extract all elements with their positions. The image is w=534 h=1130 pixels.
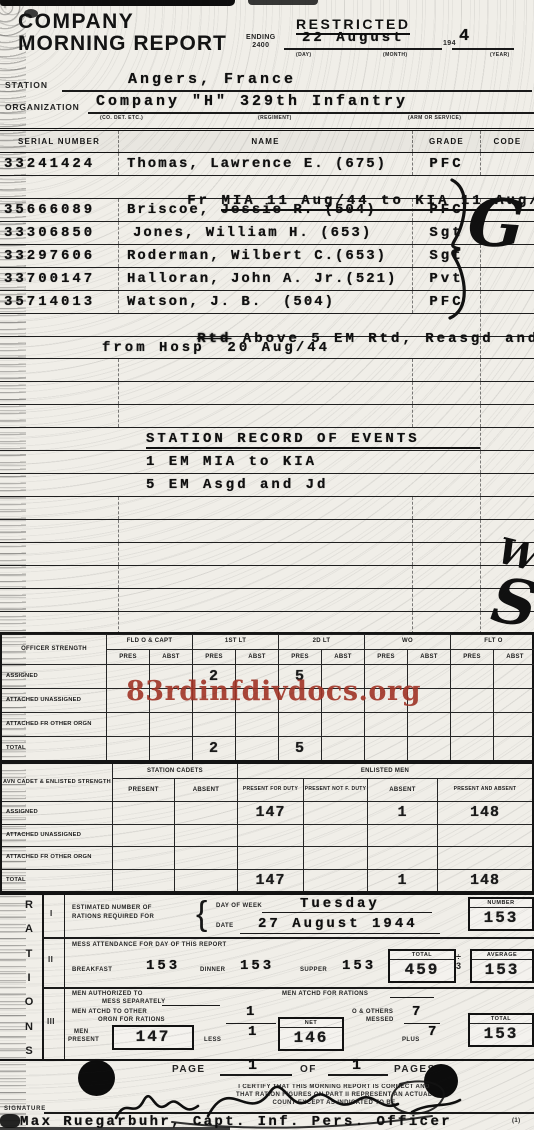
value-cell bbox=[407, 736, 450, 760]
value-cell bbox=[450, 688, 493, 712]
net-box-label: NET bbox=[280, 1019, 342, 1028]
rations-letter: T bbox=[26, 948, 33, 960]
mess-separately-label2: MESS SEPARATELY bbox=[102, 999, 166, 1005]
rations-grand-total-box: TOTAL 153 bbox=[468, 1013, 534, 1047]
year-underline bbox=[452, 48, 514, 50]
men-present-label2: PRESENT bbox=[68, 1037, 99, 1043]
grade-header: GRADE bbox=[412, 131, 480, 152]
value-cell bbox=[235, 712, 278, 736]
note-text: from Hosp 20 Aug/44 bbox=[96, 337, 480, 355]
value-cell bbox=[321, 712, 364, 736]
events-title: STATION RECORD OF EVENTS bbox=[146, 428, 480, 449]
value-cell: 1 bbox=[367, 801, 437, 824]
column-group-1st-lt: 1ST LT bbox=[192, 634, 278, 649]
serial-cell: 33297606 bbox=[0, 245, 118, 263]
less-value: 1 bbox=[248, 1025, 259, 1039]
rations-divider-v1 bbox=[42, 895, 44, 1060]
value-cell: 2 bbox=[192, 736, 235, 760]
of-label: OF bbox=[300, 1064, 317, 1075]
row-label-total: TOTAL bbox=[2, 736, 106, 760]
date-underline2 bbox=[240, 933, 440, 934]
atchd-for-rations-label: MEN ATCHD FOR RATIONS bbox=[282, 991, 368, 997]
rations-section: R A T I O N S I II III ESTIMATED NUMBER … bbox=[0, 893, 534, 1061]
value-cell bbox=[437, 824, 532, 847]
code-cell bbox=[480, 428, 534, 450]
column-group-station-cadets: STATION CADETS bbox=[112, 764, 237, 778]
value-cell bbox=[303, 801, 367, 824]
rations-letter: I bbox=[27, 972, 30, 984]
others-label2: MESSED bbox=[366, 1017, 394, 1023]
value-cell bbox=[367, 824, 437, 847]
subcol-abst: ABST bbox=[493, 649, 534, 664]
value-cell bbox=[174, 869, 237, 892]
value-cell bbox=[192, 712, 235, 736]
subcol-abst: ABST bbox=[235, 649, 278, 664]
row-label-attached-unassigned: ATTACHED UNASSIGNED bbox=[2, 688, 106, 712]
column-group-enlisted-men: ENLISTED MEN bbox=[237, 764, 532, 778]
subcol-pres: PRES bbox=[364, 649, 407, 664]
ending-label: ENDING 2400 bbox=[246, 34, 276, 51]
subcol-absent: ABSENT bbox=[174, 778, 237, 801]
rations-divider-v2 bbox=[64, 895, 65, 1060]
name-cell: Halloran, John A. Jr.(521) bbox=[119, 268, 412, 286]
handwritten-code-letter: G bbox=[465, 182, 527, 264]
name-cell: Watson, J. B. (504) bbox=[119, 291, 412, 309]
events-entry-row: 1 EM MIA to KIA bbox=[0, 451, 534, 474]
rations-brace: { bbox=[196, 895, 207, 934]
value-cell: 148 bbox=[437, 801, 532, 824]
less-label: LESS bbox=[204, 1037, 221, 1043]
number-box-label: NUMBER bbox=[470, 899, 532, 908]
average-box-label: AVERAGE bbox=[472, 951, 532, 960]
org-sublabel-3: (ARM OR SERVICE) bbox=[408, 115, 461, 121]
page-number: 1 bbox=[248, 1058, 260, 1073]
value-cell bbox=[112, 801, 174, 824]
serial-number-header: SERIAL NUMBER bbox=[0, 131, 118, 152]
value-cell bbox=[106, 736, 149, 760]
events-entry-row: 5 EM Asgd and Jd bbox=[0, 474, 534, 497]
value-cell bbox=[364, 712, 407, 736]
value-cell bbox=[174, 824, 237, 847]
serial-cell: 33241424 bbox=[0, 153, 118, 171]
rations-vertical-label: R A T I O N S bbox=[20, 899, 38, 1057]
roster-note-row: from Hosp 20 Aug/44 bbox=[0, 337, 534, 360]
rations-divider-h2 bbox=[42, 987, 534, 989]
value-cell bbox=[493, 664, 534, 688]
mess-average-box: AVERAGE 153 bbox=[470, 949, 534, 983]
value-cell bbox=[493, 736, 534, 760]
name-header: NAME bbox=[118, 131, 412, 152]
rations-number-box: NUMBER 153 bbox=[468, 897, 534, 931]
scan-blot-bottom-left bbox=[0, 1114, 20, 1128]
value-cell bbox=[364, 736, 407, 760]
column-group-fldo-capt: FLD O & CAPT bbox=[106, 634, 192, 649]
subcol-pres: PRES bbox=[278, 649, 321, 664]
day-underline bbox=[262, 912, 432, 913]
scan-edge-top bbox=[0, 0, 235, 6]
mess-separately-label1: MEN AUTHORIZED TO bbox=[72, 991, 143, 997]
ending-label-bottom: 2400 bbox=[252, 42, 269, 49]
subcol-present-not-duty: PRESENT NOT F. DUTY bbox=[303, 778, 367, 801]
name-cell: Briscoe, Jessie R. (504) bbox=[119, 199, 412, 217]
value-cell bbox=[278, 712, 321, 736]
year-sublabel: (YEAR) bbox=[490, 52, 510, 58]
form-title-line2: MORNING REPORT bbox=[18, 32, 227, 56]
others-value: 7 bbox=[412, 1005, 423, 1019]
value-cell bbox=[149, 736, 192, 760]
rations-divider-h1 bbox=[42, 937, 534, 939]
station-underline bbox=[62, 90, 532, 92]
enlisted-strength-table: AVN CADET & ENLISTED STRENGTH STATION CA… bbox=[0, 762, 534, 893]
value-cell bbox=[450, 736, 493, 760]
total-box-label: TOTAL bbox=[390, 951, 454, 960]
others-label1: O & OTHERS bbox=[352, 1009, 393, 1015]
org-sublabel-1: (CO. DET. ETC.) bbox=[100, 115, 143, 121]
row-numeral-1: I bbox=[50, 909, 53, 918]
handwritten-signature bbox=[112, 1078, 472, 1128]
report-date-value: 22 August bbox=[302, 31, 405, 45]
breakfast-label: BREAKFAST bbox=[72, 967, 112, 973]
men-present-box: 147 bbox=[112, 1025, 194, 1050]
men-present-value: 147 bbox=[114, 1027, 192, 1048]
total-box-value: 459 bbox=[390, 960, 454, 981]
date-label: DATE bbox=[216, 923, 234, 929]
value-cell bbox=[237, 824, 303, 847]
estimated-rations-label2: RATIONS REQUIRED FOR bbox=[72, 914, 154, 920]
serial-cell: 33306850 bbox=[0, 222, 118, 240]
blank-ruled-row bbox=[0, 520, 534, 543]
value-cell bbox=[235, 736, 278, 760]
ending-label-top: ENDING bbox=[246, 34, 276, 41]
name-cell: Jones, William H. (653) bbox=[119, 222, 412, 240]
row-numeral-2: II bbox=[48, 955, 53, 964]
value-cell bbox=[174, 801, 237, 824]
rations-letter: S bbox=[25, 1045, 32, 1057]
value-cell bbox=[303, 824, 367, 847]
pages-number: 1 bbox=[352, 1058, 364, 1073]
footnote-mark: (1) bbox=[512, 1118, 521, 1124]
pages-underline bbox=[328, 1074, 388, 1076]
mess-sep-underline bbox=[162, 1005, 220, 1006]
code-cell bbox=[480, 451, 534, 473]
signature-label: SIGNATURE bbox=[4, 1106, 46, 1112]
punch-hole-left bbox=[78, 1060, 115, 1096]
rations-letter: O bbox=[25, 996, 34, 1008]
blank-ruled-row bbox=[0, 543, 534, 566]
value-cell: 147 bbox=[237, 869, 303, 892]
mess-total-box: TOTAL 459 bbox=[388, 949, 456, 983]
value-cell bbox=[450, 664, 493, 688]
value-cell bbox=[303, 869, 367, 892]
year-digit: 4 bbox=[459, 28, 472, 45]
date-underline bbox=[284, 48, 442, 50]
rations-letter: R bbox=[25, 899, 33, 911]
day-of-week-value: Tuesday bbox=[300, 897, 380, 911]
atchd-other-label2: ORGN FOR RATIONS bbox=[98, 1017, 165, 1023]
value-cell bbox=[407, 712, 450, 736]
row-label-attached-fr-other: ATTACHED FR OTHER ORGN bbox=[2, 712, 106, 736]
value-cell: 1 bbox=[367, 869, 437, 892]
blank-ruled-row bbox=[0, 566, 534, 589]
row-label-attached-unassigned: ATTACHED UNASSIGNED bbox=[2, 824, 112, 847]
value-cell bbox=[106, 712, 149, 736]
supper-value: 153 bbox=[342, 959, 376, 973]
row-label-assigned: ASSIGNED bbox=[2, 664, 106, 688]
events-entry: 5 EM Asgd and Jd bbox=[146, 474, 480, 492]
divisor: 3 bbox=[456, 961, 461, 971]
value-cell bbox=[303, 846, 367, 869]
roster-header-row: SERIAL NUMBER NAME GRADE CODE bbox=[0, 131, 534, 153]
estimated-rations-label1: ESTIMATED NUMBER OF bbox=[72, 905, 152, 911]
name-cell: Roderman, Wilbert C.(653) bbox=[119, 245, 412, 263]
mess-attendance-label: MESS ATTENDANCE FOR DAY OF THIS REPORT bbox=[72, 942, 227, 948]
serial-cell: 33700147 bbox=[0, 268, 118, 286]
value-cell bbox=[112, 846, 174, 869]
row-label-assigned: ASSIGNED bbox=[2, 801, 112, 824]
subcol-present: PRESENT bbox=[112, 778, 174, 801]
name-cell: Thomas, Lawrence E. (675) bbox=[119, 153, 412, 171]
code-cell bbox=[480, 337, 534, 359]
value-cell bbox=[367, 846, 437, 869]
value-cell bbox=[149, 712, 192, 736]
subcol-abst: ABST bbox=[149, 649, 192, 664]
organization-underline bbox=[88, 112, 534, 114]
subcol-abst: ABST bbox=[321, 649, 364, 664]
value-cell bbox=[112, 869, 174, 892]
value-cell bbox=[493, 688, 534, 712]
day-sublabel: (DAY) bbox=[296, 52, 311, 58]
blank-ruled-row bbox=[0, 497, 534, 520]
page-underline bbox=[220, 1074, 292, 1076]
rations-letter: N bbox=[25, 1021, 33, 1033]
value-cell bbox=[174, 846, 237, 869]
supper-label: SUPPER bbox=[300, 967, 327, 973]
column-group-2d-lt: 2D LT bbox=[278, 634, 364, 649]
subcol-abst: ABST bbox=[407, 649, 450, 664]
value-cell: 147 bbox=[237, 801, 303, 824]
men-present-label1: MEN bbox=[74, 1029, 89, 1035]
code-header: CODE bbox=[480, 131, 534, 152]
grade-cell: PFC bbox=[413, 153, 480, 171]
grand-total-value: 153 bbox=[470, 1024, 532, 1045]
events-entry: 1 EM MIA to KIA bbox=[146, 451, 480, 469]
blank-ruled-row bbox=[0, 382, 534, 405]
average-box-value: 153 bbox=[472, 960, 532, 981]
dinner-label: DINNER bbox=[200, 967, 225, 973]
row-label-total: TOTAL bbox=[2, 869, 112, 892]
rations-letter: A bbox=[25, 923, 33, 935]
subcol-present-and-absent: PRESENT AND ABSENT bbox=[437, 778, 532, 801]
form-title-line1: COMPANY bbox=[18, 10, 134, 34]
net-box-value: 146 bbox=[280, 1028, 342, 1049]
officer-strength-corner-label: OFFICER STRENGTH bbox=[2, 634, 106, 664]
value-cell: 5 bbox=[278, 736, 321, 760]
page-label: PAGE bbox=[172, 1064, 206, 1075]
number-box-value: 153 bbox=[470, 908, 532, 929]
subcol-pres: PRES bbox=[106, 649, 149, 664]
blank-ruled-row bbox=[0, 589, 534, 612]
value-cell bbox=[493, 712, 534, 736]
dinner-value: 153 bbox=[240, 959, 274, 973]
year-prefix: 194 bbox=[443, 40, 456, 47]
watermark: 83rdinfdivdocs.org bbox=[126, 676, 421, 707]
month-sublabel: (MONTH) bbox=[383, 52, 407, 58]
organization-label: ORGANIZATION bbox=[5, 102, 80, 112]
grand-total-label: TOTAL bbox=[470, 1015, 532, 1024]
atchd-for-rations-underline bbox=[390, 997, 434, 998]
net-box: NET 146 bbox=[278, 1017, 344, 1051]
atchd-other-label1: MEN ATCHD TO OTHER bbox=[72, 1009, 147, 1015]
subcol-pres: PRES bbox=[192, 649, 235, 664]
blank-ruled-row bbox=[0, 405, 534, 428]
value-cell bbox=[237, 846, 303, 869]
atchd-other-value: 1 bbox=[246, 1005, 257, 1019]
date-value: 27 August 1944 bbox=[258, 917, 418, 931]
code-cell bbox=[480, 153, 534, 175]
value-cell bbox=[437, 846, 532, 869]
value-cell bbox=[112, 824, 174, 847]
value-cell: 148 bbox=[437, 869, 532, 892]
station-value: Angers, France bbox=[128, 72, 296, 87]
events-title-row: STATION RECORD OF EVENTS bbox=[0, 428, 534, 451]
roster-row: 33241424 Thomas, Lawrence E. (675) PFC bbox=[0, 153, 534, 176]
blank-ruled-row bbox=[0, 359, 534, 382]
station-label: STATION bbox=[5, 80, 48, 90]
plus-value: 7 bbox=[428, 1025, 439, 1039]
scan-edge-top2 bbox=[248, 0, 318, 5]
value-cell bbox=[321, 736, 364, 760]
enlisted-corner-label: AVN CADET & ENLISTED STRENGTH bbox=[2, 764, 112, 801]
serial-cell: 35714013 bbox=[0, 291, 118, 309]
organization-value: Company "H" 329th Infantry bbox=[96, 94, 408, 109]
org-sublabel-2: (REGIMENT) bbox=[258, 115, 292, 121]
value-cell bbox=[450, 712, 493, 736]
divide-sign: ÷ 3 bbox=[456, 953, 461, 971]
subcol-pres: PRES bbox=[450, 649, 493, 664]
serial-cell: 35666089 bbox=[0, 199, 118, 217]
row-label-attached-fr-other: ATTACHED FR OTHER ORGN bbox=[2, 846, 112, 869]
plus-label: PLUS bbox=[402, 1037, 420, 1043]
subcol-present-for-duty: PRESENT FOR DUTY bbox=[237, 778, 303, 801]
row-numeral-3: III bbox=[47, 1017, 55, 1026]
code-cell bbox=[480, 474, 534, 496]
morning-report-document: RESTRICTED COMPANY MORNING REPORT ENDING… bbox=[0, 0, 534, 1130]
breakfast-value: 153 bbox=[146, 959, 180, 973]
column-group-wo: WO bbox=[364, 634, 450, 649]
day-of-week-label: DAY OF WEEK bbox=[216, 903, 262, 909]
subcol-absent-em: ABSENT bbox=[367, 778, 437, 801]
